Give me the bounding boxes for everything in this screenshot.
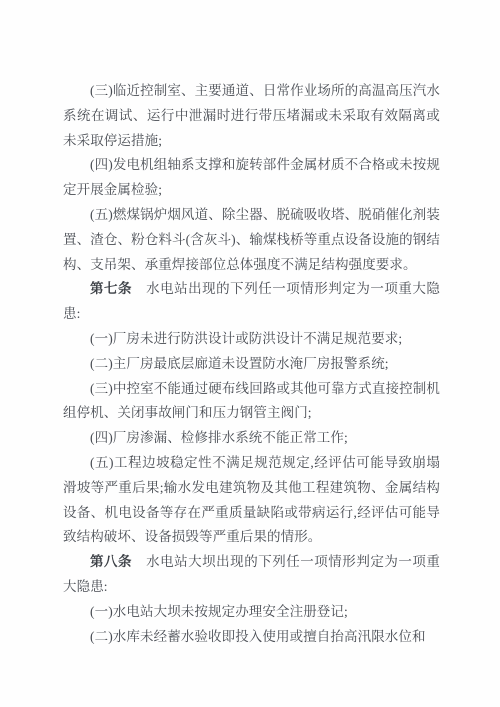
clause-5-text: (五)燃煤锅炉烟风道、除尘器、脱硫吸收塔、脱硝催化剂装置、渣仓、粉仓料斗(含灰斗…	[63, 207, 440, 272]
document-content: (三)临近控制室、主要通道、日常作业场所的高温高压汽水系统在调试、运行中泄漏时进…	[63, 79, 440, 649]
article-7: 第七条 水电站出现的下列任一项情形判定为一项重大隐患:	[63, 277, 440, 327]
article-7-item-3: (三)中控室不能通过硬布线回路或其他可靠方式直接控制机组停机、关闭事故闸门和压力…	[63, 377, 440, 427]
article-8-number: 第八条	[90, 554, 132, 569]
article-7-item-4-text: (四)厂房渗漏、检修排水系统不能正常工作;	[90, 430, 348, 445]
article-7-item-2-text: (二)主厂房最底层廊道未设置防水淹厂房报警系统;	[90, 356, 389, 371]
article-8-item-2: (二)水库未经蓄水验收即投入使用或擅自抬高汛限水位和	[63, 625, 440, 650]
clause-4: (四)发电机组轴系支撑和旋转部件金属材质不合格或未按规定开展金属检验;	[63, 153, 440, 203]
clause-3-text: (三)临近控制室、主要通道、日常作业场所的高温高压汽水系统在调试、运行中泄漏时进…	[63, 83, 440, 148]
clause-3: (三)临近控制室、主要通道、日常作业场所的高温高压汽水系统在调试、运行中泄漏时进…	[63, 79, 440, 153]
article-7-item-1-text: (一)厂房未进行防洪设计或防洪设计不满足规范要求;	[90, 331, 402, 346]
article-7-item-1: (一)厂房未进行防洪设计或防洪设计不满足规范要求;	[63, 327, 440, 352]
article-7-item-2: (二)主厂房最底层廊道未设置防水淹厂房报警系统;	[63, 352, 440, 377]
article-7-item-4: (四)厂房渗漏、检修排水系统不能正常工作;	[63, 426, 440, 451]
article-8-item-2-text: (二)水库未经蓄水验收即投入使用或擅自抬高汛限水位和	[90, 629, 426, 644]
article-7-number: 第七条	[90, 281, 132, 296]
article-8-item-1: (一)水电站大坝未按规定办理安全注册登记;	[63, 600, 440, 625]
document-page: (三)临近控制室、主要通道、日常作业场所的高温高压汽水系统在调试、运行中泄漏时进…	[0, 0, 500, 707]
article-7-item-5: (五)工程边坡稳定性不满足规范规定,经评估可能导致崩塌滑坡等严重后果;输水发电建…	[63, 451, 440, 550]
clause-5: (五)燃煤锅炉烟风道、除尘器、脱硫吸收塔、脱硝催化剂装置、渣仓、粉仓料斗(含灰斗…	[63, 203, 440, 277]
article-8-item-1-text: (一)水电站大坝未按规定办理安全注册登记;	[90, 604, 348, 619]
clause-4-text: (四)发电机组轴系支撑和旋转部件金属材质不合格或未按规定开展金属检验;	[63, 157, 440, 197]
article-8: 第八条 水电站大坝出现的下列任一项情形判定为一项重大隐患:	[63, 550, 440, 600]
article-7-item-3-text: (三)中控室不能通过硬布线回路或其他可靠方式直接控制机组停机、关闭事故闸门和压力…	[63, 381, 440, 421]
article-7-item-5-text: (五)工程边坡稳定性不满足规范规定,经评估可能导致崩塌滑坡等严重后果;输水发电建…	[63, 455, 440, 544]
